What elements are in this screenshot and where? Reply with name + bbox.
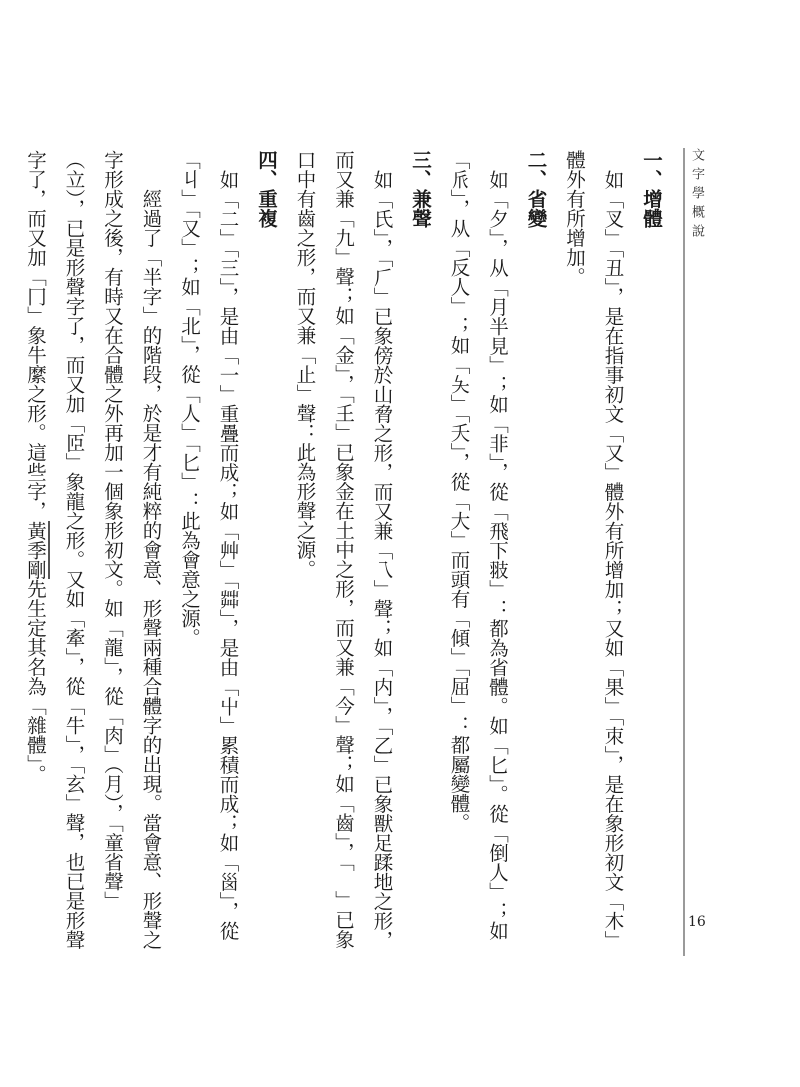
book-page: 文字學概說 16 一、增體 如「叉」「丑」，是在指事初文「又」體外有所增加；又如… (0, 0, 800, 1087)
section-heading: 二、省變 (516, 150, 555, 950)
page-number: 16 (688, 914, 704, 930)
section-paragraph: 如「氏」，「𠂆」已象傍於山脅之形，而又兼「乁」聲；如「内」，「乙」已象獸足蹂地之… (285, 150, 401, 950)
body-text: 一、增體 如「叉」「丑」，是在指事初文「又」體外有所增加；又如「果」「朿」，是在… (16, 150, 671, 950)
margin-rule (683, 148, 685, 956)
closing-paragraph: 經過了「半字」的階段，於是才有純粹的會意、形聲兩種合體字的出現。當會意、形聲之字… (16, 150, 170, 950)
section-paragraph: 如「二」「三」，是由「一」重疊而成；如「艸」「茻」，是由「屮」累積而成；如「𡿺」… (170, 150, 247, 950)
section-paragraph: 如「叉」「丑」，是在指事初文「又」體外有所增加；又如「果」「朿」，是在象形初文「… (555, 150, 632, 950)
proper-name-mark: 黃季剛 (24, 521, 50, 580)
section-heading: 一、增體 (632, 150, 671, 950)
section-paragraph: 如「夕」，从「月半見」；如「非」，從「飛下翄」：都為省體。如「匕」。從「倒人」；… (439, 150, 516, 950)
section-heading: 四、重複 (247, 150, 286, 950)
closing-text-2: 先生定其名為「雜體」。 (24, 579, 47, 784)
section-heading: 三、兼聲 (401, 150, 440, 950)
running-head: 文字學概說 (686, 148, 706, 243)
